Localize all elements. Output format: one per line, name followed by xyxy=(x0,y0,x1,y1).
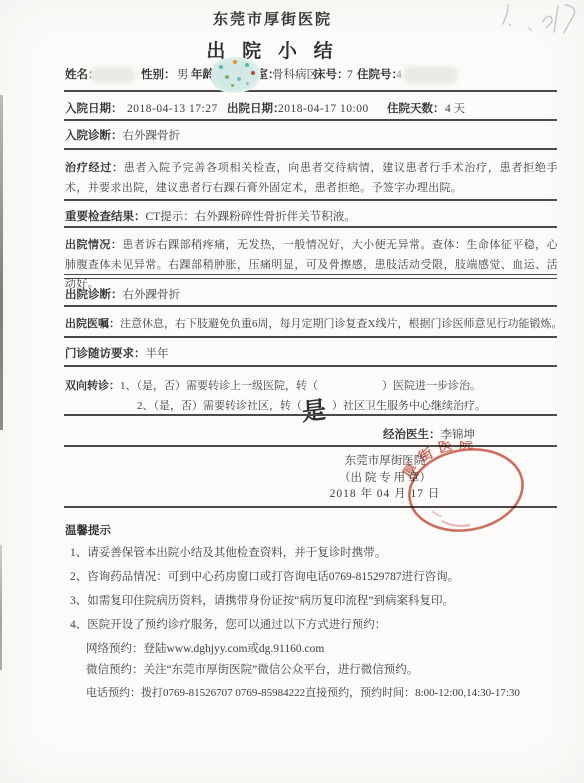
section-divider xyxy=(64,336,557,338)
gender-label: 性别： xyxy=(141,66,176,85)
svg-text:厚街医院: 厚街医院 xyxy=(402,441,479,481)
referral-line1-post: ）医院进一步诊治。 xyxy=(382,380,481,392)
booking-item: 微信预约：关注“东莞市厚街医院”微信公众平台，进行微信预约。 xyxy=(86,661,579,680)
discharge-diagnosis-label: 出院诊断： xyxy=(65,289,123,301)
scan-edge-artifact xyxy=(0,545,2,670)
hospital-seal: 厚街医院 xyxy=(402,441,530,539)
stay-days-label: 住院天数： xyxy=(387,100,445,119)
discharge-diagnosis-value: 右外踝骨折 xyxy=(123,289,181,301)
admit-diagnosis-value: 右外踝骨折 xyxy=(123,130,181,142)
discharge-condition-text: 患者诉右踝部稍疼痛，无发热，一般情况好，大小便无异常。查体：生命体征平稳，心肺腹… xyxy=(65,239,558,290)
referral-section: 双向转诊：1、（是，否）需要转诊上一级医院，转（）医院进一步诊治。 2、（是，否… xyxy=(65,376,558,416)
patient-name-redaction xyxy=(90,67,136,83)
hospital-seal-text: 厚街医院 xyxy=(402,441,479,481)
tip-item: 2、咨询药品情况：可到中心药房窗口或打咨询电话0769-81529787进行咨询… xyxy=(70,568,563,587)
attending-doctor-label: 经治医生： xyxy=(383,429,441,441)
admit-date-value: 2018-04-13 17:27 xyxy=(127,100,218,119)
section-divider xyxy=(64,365,557,367)
admit-diagnosis-label: 入院诊断： xyxy=(65,130,123,142)
discharge-diagnosis-row: 出院诊断：右外踝骨折 xyxy=(65,286,558,305)
attending-doctor-name: 李锦坤 xyxy=(441,429,476,441)
key-findings-value: CT提示：右外踝粉碎性骨折伴关节积液。 xyxy=(146,211,356,223)
tip-item: 4、医院开设了预约诊疗服务，您可以通过以下方式进行预约： xyxy=(70,616,563,635)
section-divider xyxy=(64,90,557,92)
followup-value: 半年 xyxy=(146,348,169,360)
admission-no-redaction xyxy=(403,66,458,84)
discharge-condition-label: 出院情况： xyxy=(65,239,122,251)
treatment-label: 治疗经过： xyxy=(65,162,124,174)
hospital-name: 东莞市厚街医院 xyxy=(0,8,545,29)
key-findings-label: 重要检查结果： xyxy=(65,211,146,223)
discharge-advice-label: 出院医嘱： xyxy=(65,318,120,330)
admit-date-label: 入院日期： xyxy=(65,100,123,119)
stay-days-value: 4 天 xyxy=(445,100,465,119)
treatment-text: 患者入院予完善各项相关检查，向患者交待病情，建议患者行手术治疗，患者拒绝手术，并… xyxy=(65,162,558,194)
referral-line2-post: ）社区卫生服务中心继续治疗。 xyxy=(332,400,486,412)
booking-item: 网络预约：登陆www.dghjyy.com或dg.91160.com xyxy=(86,640,579,659)
section-divider xyxy=(64,305,557,307)
referral-line2-pre: 2、（是，否）需要转诊社区，转（ xyxy=(137,400,302,412)
discharge-advice-row: 出院医嘱：注意休息，右下肢避免负重6周，每月定期门诊复查X线片，根据门诊医师意见… xyxy=(65,315,570,334)
referral-line1-pre: 1、（是，否）需要转诊上一级医院，转（ xyxy=(120,380,318,392)
section-divider xyxy=(64,274,557,279)
discharge-advice-text: 注意休息，右下肢避免负重6周，每月定期门诊复查X线片，根据门诊医师意见行功能锻炼… xyxy=(120,318,562,330)
section-divider xyxy=(64,414,557,416)
bed-value: 7 xyxy=(347,66,353,85)
department-value: 骨科病区 xyxy=(272,66,318,85)
tip-item: 3、如需复印住院病历资料，请携带身份证按“病历复印流程”到病案科复印。 xyxy=(70,592,563,611)
discharge-date-label: 出院日期： xyxy=(227,100,285,119)
handwritten-yes: 是 xyxy=(302,398,327,425)
scan-edge-artifact xyxy=(0,95,3,430)
discharge-date-value: 2018-04-17 10:00 xyxy=(278,100,369,119)
admission-no-value: 4 xyxy=(396,66,402,85)
section-divider xyxy=(64,119,557,121)
bed-label: 床号： xyxy=(314,66,349,85)
followup-row: 门诊随访要求：半年 xyxy=(65,345,558,364)
referral-label: 双向转诊： xyxy=(65,380,120,392)
gender-value: 男 xyxy=(177,66,189,85)
page-title: 出 院 小 结 xyxy=(0,36,545,63)
admit-diagnosis-row: 入院诊断：右外踝骨折 xyxy=(65,127,558,146)
followup-label: 门诊随访要求： xyxy=(65,348,146,360)
treatment-course: 治疗经过：患者入院予完善各项相关检查，向患者交待病情，建议患者行手术治疗，患者拒… xyxy=(65,159,558,198)
booking-item: 电话预约：拨打0769-81526707 0769-85984222直接预约，预… xyxy=(86,684,579,703)
key-findings-row: 重要检查结果：CT提示：右外踝粉碎性骨折伴关节积液。 xyxy=(65,208,558,227)
age-redaction-sticker xyxy=(211,57,261,93)
tip-item: 1、请妥善保管本出院小结及其他检查资料，并于复诊时携带。 xyxy=(70,544,563,563)
section-divider xyxy=(64,199,557,201)
section-divider xyxy=(64,226,557,228)
discharge-summary-page: 东莞市厚街医院 出 院 小 结 姓名： 性别： 男 年龄： 科室： 骨科病区 床… xyxy=(0,0,584,783)
section-divider xyxy=(64,148,557,150)
